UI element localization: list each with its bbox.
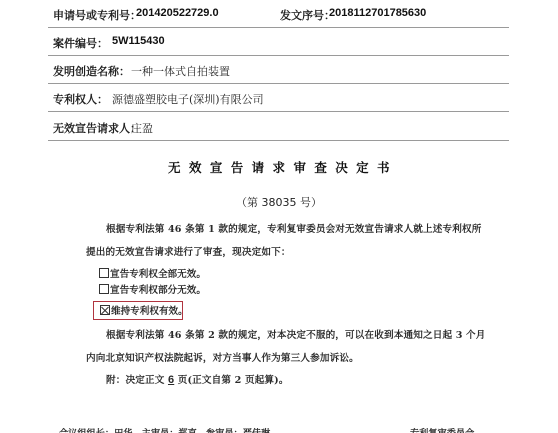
checkbox-unchecked-icon <box>99 268 109 278</box>
case-number-row: 案件编号： 5W115430 <box>48 28 509 56</box>
application-number-label: 申请号或专利号： <box>53 7 141 23</box>
application-number-row: 申请号或专利号： 201420522729.0 发文序号： 2018112701… <box>48 0 509 28</box>
patentee-value: 源德盛塑胶电子(深圳)有限公司 <box>112 91 264 107</box>
intro-line-2: 提出的无效宣告请求进行了审查，现决定如下： <box>86 244 291 258</box>
option-label: 宣告专利权部分无效。 <box>110 282 206 296</box>
case-number-label: 案件编号： <box>53 35 108 51</box>
document-title: 无效宣告请求审查决定书 <box>0 158 558 176</box>
requester-label: 无效宣告请求人： <box>53 120 141 136</box>
option-fully-invalid: 宣告专利权全部无效。 <box>99 266 206 280</box>
intro-line-1: 根据专利法第 46 条第 1 款的规定，专利复审委员会对无效宣告请求人就上述专利… <box>106 221 481 235</box>
requester-row: 无效宣告请求人： 庄盈 <box>48 113 509 141</box>
patentee-label: 专利权人： <box>53 91 108 107</box>
attachment-prefix: 附：决定正文 <box>106 375 168 386</box>
invention-name-row: 发明创造名称： 一种一体式自拍装置 <box>48 56 509 84</box>
appeal-line-2: 内向北京知识产权法院起诉，对方当事人作为第三人参加诉讼。 <box>86 350 359 364</box>
option-partially-invalid: 宣告专利权部分无效。 <box>99 282 206 296</box>
option-label: 维持专利权有效。 <box>111 303 188 317</box>
attachment-line: 附：决定正文 6 页(正文自第 2 页起算)。 <box>106 372 289 386</box>
checkbox-unchecked-icon <box>99 284 109 294</box>
dispatch-serial-label: 发文序号： <box>280 7 335 23</box>
panel-members: 合议组组长：田华 主审员：郑直 参审员：严佳琳 <box>59 425 270 433</box>
committee-name: 专利复审委员会 <box>410 425 474 433</box>
appeal-line-1: 根据专利法第 46 条第 2 款的规定，对本决定不服的，可以在收到本通知之日起 … <box>106 327 486 341</box>
dispatch-serial-value: 2018112701785630 <box>329 7 426 19</box>
checkbox-checked-icon <box>100 305 110 315</box>
patentee-row: 专利权人： 源德盛塑胶电子(深圳)有限公司 <box>48 84 509 112</box>
attachment-suffix: 页(正文自第 2 页起算)。 <box>174 375 288 386</box>
invention-name-label: 发明创造名称： <box>53 63 130 79</box>
requester-value: 庄盈 <box>131 120 153 136</box>
option-label: 宣告专利权全部无效。 <box>110 266 206 280</box>
document-number: （第 38035 号） <box>0 194 558 210</box>
case-number-value: 5W115430 <box>112 35 165 47</box>
option-maintain-valid: 维持专利权有效。 <box>100 303 188 317</box>
application-number-value: 201420522729.0 <box>136 7 219 19</box>
invention-name-value: 一种一体式自拍装置 <box>131 63 230 79</box>
